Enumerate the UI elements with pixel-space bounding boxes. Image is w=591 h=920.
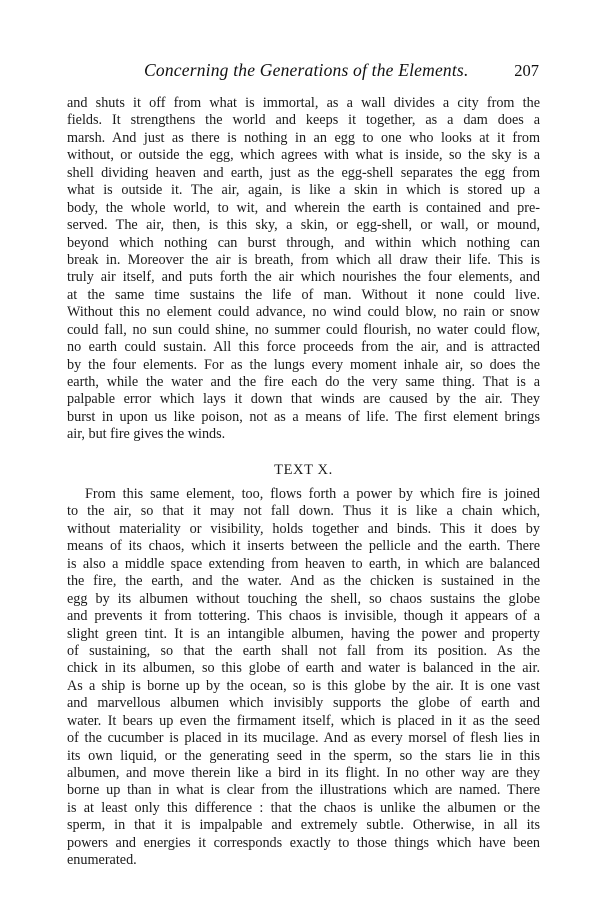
text-line: means of its chaos, which it inserts bet… <box>67 538 540 555</box>
text-line: fields. It strengthens the world and kee… <box>67 112 540 129</box>
text-line: albumen, and move therein like a bird in… <box>67 765 540 782</box>
text-line: air, but fire gives the winds. <box>67 426 540 443</box>
text-line: water. It bears up even the firmament it… <box>67 713 540 730</box>
page-number: 207 <box>514 61 539 81</box>
text-line: no earth could sustain. All this force p… <box>67 339 540 356</box>
text-line: burst in upon us like poison, not as a m… <box>67 409 540 426</box>
text-line: to the air, so that it may not fall down… <box>67 503 540 520</box>
text-line: truly air itself, and puts forth the air… <box>67 269 540 286</box>
text-line: break in. Moreover the air is breath, fr… <box>67 252 540 269</box>
text-line: without materiality or visibility, holds… <box>67 521 540 538</box>
section-heading: TEXT X. <box>67 462 540 479</box>
text-line: slight green tint. It is an intangible a… <box>67 626 540 643</box>
text-line: enumerated. <box>67 852 540 869</box>
text-line: chick in its albumen, so this globe of e… <box>67 660 540 677</box>
text-line: powers and energies it corresponds exact… <box>67 835 540 852</box>
text-line: served. The air, then, is this sky, a sk… <box>67 217 540 234</box>
running-title: Concerning the Generations of the Elemen… <box>144 60 469 81</box>
text-line: marsh. And just as there is nothing in a… <box>67 130 540 147</box>
text-line: beyond which nothing can burst through, … <box>67 235 540 252</box>
text-line: sperm, in that it is impalpable and extr… <box>67 817 540 834</box>
text-line: is also a middle space extending from he… <box>67 556 540 573</box>
text-line: what is outside it. The air, again, is l… <box>67 182 540 199</box>
paragraph-1: and shuts it off from what is immortal, … <box>67 95 540 444</box>
text-line: body, the whole world, to wit, and where… <box>67 200 540 217</box>
text-line: by the four elements. For as the lungs e… <box>67 357 540 374</box>
text-line: earth, while the water and the fire each… <box>67 374 540 391</box>
text-line: is at least only this difference : that … <box>67 800 540 817</box>
text-line: without, or outside the egg, which agree… <box>67 147 540 164</box>
text-line: of sustaining, so that the earth shall n… <box>67 643 540 660</box>
running-header: Concerning the Generations of the Elemen… <box>66 60 541 86</box>
text-line: As a ship is borne up by the ocean, so i… <box>67 678 540 695</box>
text-line: at the same time sustains the life of ma… <box>67 287 540 304</box>
text-line: egg by its albumen without touching the … <box>67 591 540 608</box>
text-line: From this same element, too, flows forth… <box>67 486 540 503</box>
text-line: and marvellous albumen which invisibly s… <box>67 695 540 712</box>
paragraph-2: From this same element, too, flows forth… <box>67 486 540 870</box>
text-line: shell dividing heaven and earth, just as… <box>67 165 540 182</box>
text-line: its own liquid, or the generating seed i… <box>67 748 540 765</box>
text-line: and prevents it from tottering. This cha… <box>67 608 540 625</box>
text-line: borne up than in what is clear from the … <box>67 782 540 799</box>
text-line: of the cucumber is placed in its mucilag… <box>67 730 540 747</box>
book-page: Concerning the Generations of the Elemen… <box>0 0 591 920</box>
text-line: palpable error which lays it down that w… <box>67 391 540 408</box>
text-line: the fire, the earth, and the water. And … <box>67 573 540 590</box>
text-line: could fall, no sun could shine, no summe… <box>67 322 540 339</box>
text-line: Without this no element could advance, n… <box>67 304 540 321</box>
text-line: and shuts it off from what is immortal, … <box>67 95 540 112</box>
